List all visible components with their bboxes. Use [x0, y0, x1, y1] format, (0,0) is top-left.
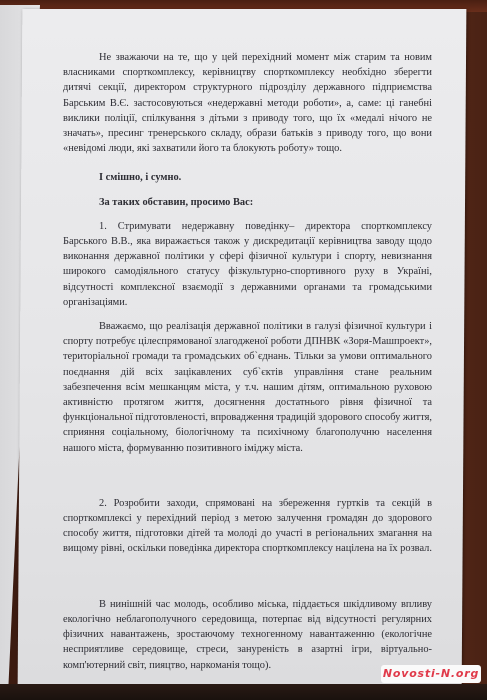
- request-item-2: 2. Розробити заходи, спрямовані на збере…: [63, 496, 432, 557]
- paragraph-policy: Вважаємо, що реалізація державної політи…: [63, 319, 432, 456]
- request-item-1: 1. Стримувати недержавну поведінку– дире…: [63, 219, 432, 310]
- paragraph-intro: Не зважаючи на те, що у цей перехідний м…: [63, 50, 432, 156]
- paragraph-youth: В нинішній час молодь, особливо міська, …: [63, 597, 432, 673]
- heading-funny-sad: І смішно, і сумно.: [99, 170, 432, 185]
- table-surface-bottom: [0, 684, 487, 700]
- document-body: Не зважаючи на те, що у цей перехідний м…: [63, 50, 432, 673]
- heading-request: За таких обставин, просимо Вас:: [99, 195, 432, 210]
- watermark-logo: Novosti-N.org: [381, 665, 481, 683]
